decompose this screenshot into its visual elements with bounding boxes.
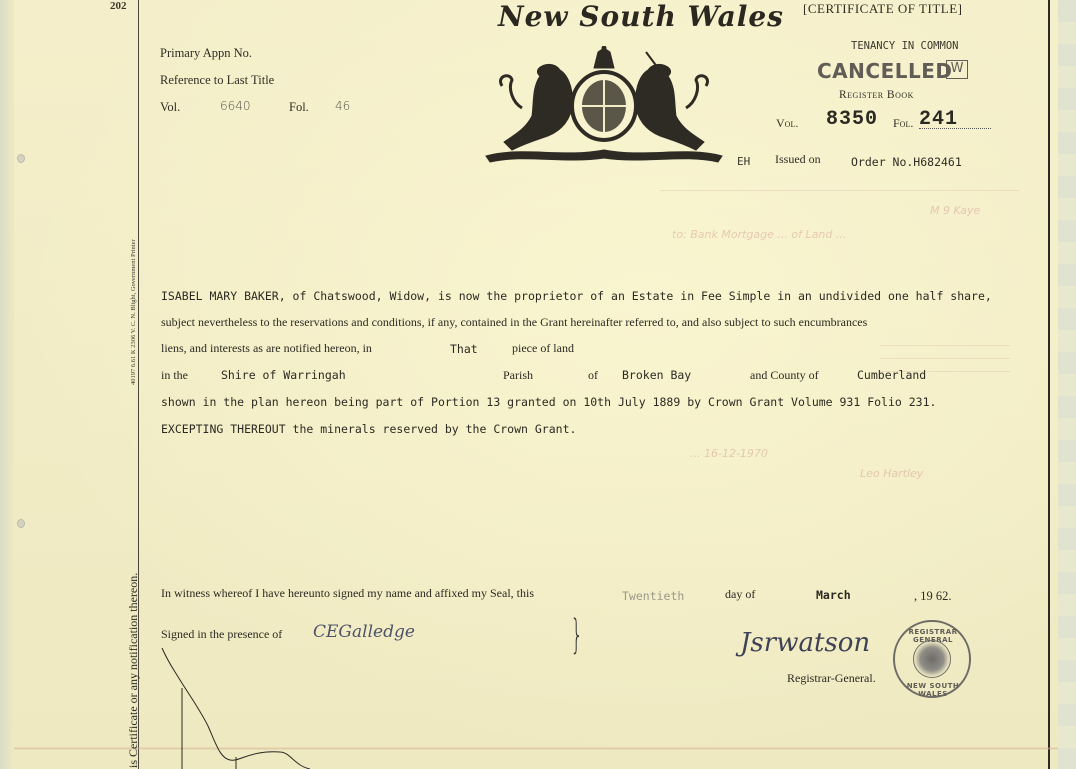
tenancy-type: TENANCY IN COMMON (851, 40, 958, 52)
shire-value: Shire of Warringah (221, 368, 346, 382)
witness-year: , 19 62. (914, 589, 952, 604)
registrar-signature: Jsrwatson (740, 628, 870, 658)
left-page-edge (0, 0, 14, 769)
county-label: and County of (750, 368, 819, 383)
prev-fol-value: 46 (335, 99, 350, 113)
registrar-title: Registrar-General. (787, 671, 876, 686)
plan-description: shown in the plan hereon being part of P… (161, 395, 936, 409)
land-plan-sketch (150, 640, 550, 769)
day-of-label: day of (725, 587, 755, 602)
ghost-annotation: ... 16-12-1970 (690, 447, 768, 460)
cancelled-stamp: CANCELLED (817, 59, 953, 83)
parish-value: Broken Bay (622, 368, 691, 382)
witness-day: Twentieth (622, 589, 684, 603)
county-value: Cumberland (857, 368, 926, 382)
brace-icon: } (570, 612, 583, 658)
seal-text-bottom: NEW SOUTH WALES (901, 682, 965, 698)
register-book-label: Register Book (839, 89, 914, 101)
witness-clause: In witness whereof I have hereunto signe… (161, 586, 534, 601)
right-page-edge (1058, 0, 1076, 769)
reference-last-title-label: Reference to Last Title (160, 73, 274, 88)
prev-vol-label: Vol. (160, 100, 180, 115)
eh-code: EH (737, 155, 750, 168)
seal-crest-icon (913, 640, 951, 678)
parish-label: Parish (503, 368, 533, 383)
register-vol-value: 8350 (826, 108, 878, 131)
reservations-line: subject nevertheless to the reservations… (161, 315, 867, 330)
certificate-type: [CERTIFICATE OF TITLE] (803, 1, 962, 17)
order-number: Order No.H682461 (851, 155, 962, 169)
witness-month: March (816, 588, 851, 602)
side-notice: is Certificate or any notification there… (126, 573, 141, 768)
cancelled-initial-box: W (946, 60, 968, 79)
of-label: of (588, 368, 598, 383)
liens-line-prefix: liens, and interests as are notified her… (161, 341, 372, 356)
ghost-rule (660, 190, 1020, 191)
land-that: That (450, 342, 478, 356)
jurisdiction-title: New South Wales (498, 0, 784, 33)
fol-underline (919, 128, 991, 129)
printer-note: 40197 6.61 K 2306 V. C. N. Blight, Gover… (130, 239, 137, 385)
prev-fol-label: Fol. (289, 100, 309, 115)
primary-appn-label: Primary Appn No. (160, 46, 252, 61)
ghost-annotation: M 9 Kaye (930, 204, 980, 217)
register-vol-label: Vol. (776, 116, 798, 131)
royal-coat-of-arms-icon (482, 46, 726, 164)
issued-on-label: Issued on (775, 152, 821, 167)
punch-hole-icon (17, 519, 25, 528)
page-number: 202 (110, 0, 127, 12)
witness-signature: CEGalledge (313, 622, 415, 642)
in-the-label: in the (161, 368, 188, 383)
ghost-annotation: to: Bank Mortgage ... of Land ... (672, 228, 846, 241)
ghost-rule (880, 358, 1010, 359)
piece-of-land: piece of land (512, 341, 574, 356)
proprietor-line: ISABEL MARY BAKER, of Chatswood, Widow, … (161, 289, 992, 303)
punch-hole-icon (17, 154, 25, 163)
prev-vol-value: 6640 (220, 99, 251, 113)
register-fol-label: Fol. (893, 116, 913, 131)
ghost-annotation: Leo Hartley (860, 467, 923, 480)
right-margin-rule (1048, 0, 1050, 769)
ghost-rule (880, 345, 1010, 346)
registrar-seal-icon: REGISTRAR GENERAL NEW SOUTH WALES (893, 620, 971, 698)
mineral-exception: EXCEPTING THEREOUT the minerals reserved… (161, 422, 576, 436)
